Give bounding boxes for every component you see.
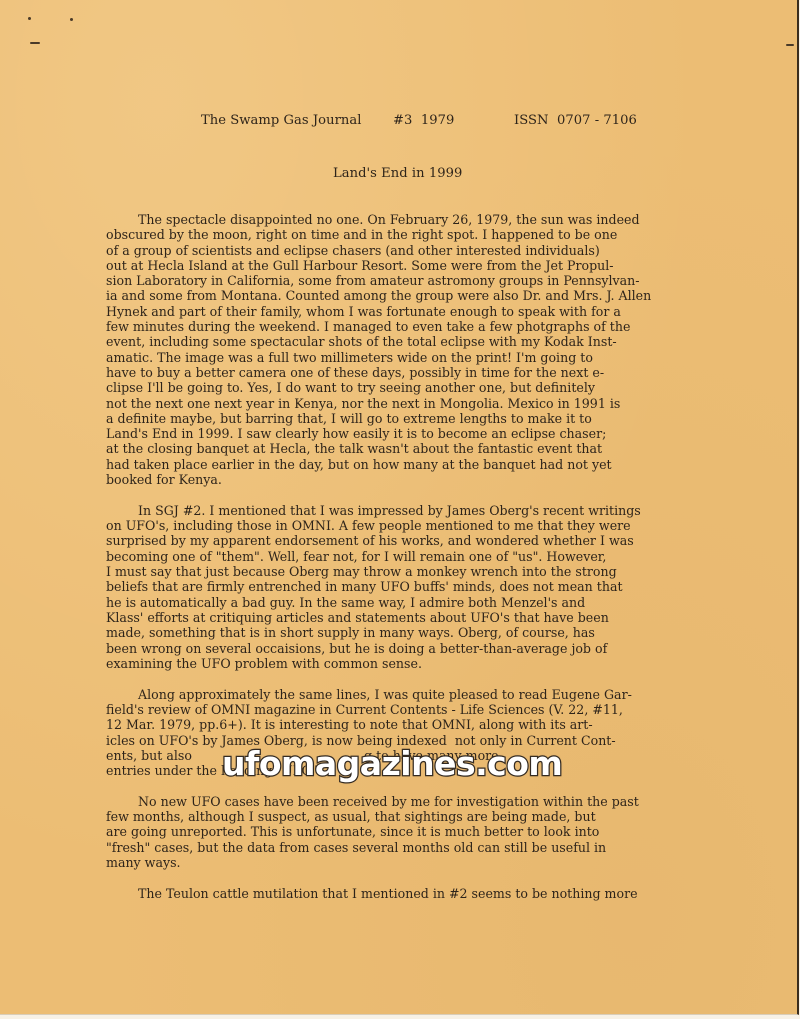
text-line: In SGJ #2. I mentioned that I was impres… bbox=[106, 503, 756, 518]
watermark: ufomagazines.com bbox=[222, 744, 562, 783]
text-line: on UFO's, including those in OMNI. A few… bbox=[106, 518, 756, 533]
text-line: had taken place earlier in the day, but … bbox=[106, 457, 756, 472]
text-line: Land's End in 1999. I saw clearly how ea… bbox=[106, 426, 756, 441]
paragraph: No new UFO cases have been received by m… bbox=[106, 794, 756, 870]
text-line: have to buy a better camera one of these… bbox=[106, 365, 756, 380]
text-line: made, something that is in short supply … bbox=[106, 625, 756, 640]
text-line: No new UFO cases have been received by m… bbox=[106, 794, 756, 809]
paragraph: The spectacle disappointed no one. On Fe… bbox=[106, 212, 756, 487]
text-line: booked for Kenya. bbox=[106, 472, 756, 487]
speck-mark bbox=[786, 44, 794, 46]
text-line: few minutes during the weekend. I manage… bbox=[106, 319, 756, 334]
text-line: few months, although I suspect, as usual… bbox=[106, 809, 756, 824]
text-line: I must say that just because Oberg may t… bbox=[106, 564, 756, 579]
issue-number: #3 1979 bbox=[393, 113, 454, 128]
text-line: surprised by my apparent endorsement of … bbox=[106, 533, 756, 548]
text-line: are going unreported. This is unfortunat… bbox=[106, 824, 756, 839]
issn-number: ISSN 0707 - 7106 bbox=[514, 113, 637, 128]
text-line: sion Laboratory in California, some from… bbox=[106, 273, 756, 288]
article-body: The spectacle disappointed no one. On Fe… bbox=[106, 212, 756, 917]
scanned-page: The Swamp Gas Journal #3 1979 ISSN 0707 … bbox=[0, 0, 799, 1015]
text-line: Hynek and part of their family, whom I w… bbox=[106, 304, 756, 319]
text-line: Along approximately the same lines, I wa… bbox=[106, 687, 756, 702]
text-line: clipse I'll be going to. Yes, I do want … bbox=[106, 380, 756, 395]
article-title: Land's End in 1999 bbox=[333, 166, 462, 181]
text-line: amatic. The image was a full two millime… bbox=[106, 350, 756, 365]
text-line: examining the UFO problem with common se… bbox=[106, 656, 756, 671]
text-line: not the next one next year in Kenya, nor… bbox=[106, 396, 756, 411]
text-line: ia and some from Montana. Counted among … bbox=[106, 288, 756, 303]
text-line: many ways. bbox=[106, 855, 756, 870]
text-line: been wrong on several occaisions, but he… bbox=[106, 641, 756, 656]
text-line: 12 Mar. 1979, pp.6+). It is interesting … bbox=[106, 717, 756, 732]
text-line: Klass' efforts at critiquing articles an… bbox=[106, 610, 756, 625]
text-line: out at Hecla Island at the Gull Harbour … bbox=[106, 258, 756, 273]
text-line: a definite maybe, but barring that, I wi… bbox=[106, 411, 756, 426]
speck-mark bbox=[28, 17, 31, 20]
text-line: he is automatically a bad guy. In the sa… bbox=[106, 595, 756, 610]
text-line: at the closing banquet at Hecla, the tal… bbox=[106, 441, 756, 456]
text-line: "fresh" cases, but the data from cases s… bbox=[106, 840, 756, 855]
text-line: The Teulon cattle mutilation that I ment… bbox=[106, 886, 756, 901]
text-line: obscured by the moon, right on time and … bbox=[106, 227, 756, 242]
text-line: of a group of scientists and eclipse cha… bbox=[106, 243, 756, 258]
journal-name: The Swamp Gas Journal bbox=[201, 113, 361, 128]
text-line: beliefs that are firmly entrenched in ma… bbox=[106, 579, 756, 594]
speck-mark bbox=[30, 42, 40, 44]
text-line: event, including some spectacular shots … bbox=[106, 334, 756, 349]
text-line: The spectacle disappointed no one. On Fe… bbox=[106, 212, 756, 227]
paragraph: In SGJ #2. I mentioned that I was impres… bbox=[106, 503, 756, 671]
text-line: becoming one of "them". Well, fear not, … bbox=[106, 549, 756, 564]
text-line: field's review of OMNI magazine in Curre… bbox=[106, 702, 756, 717]
speck-mark bbox=[70, 18, 73, 21]
paragraph: The Teulon cattle mutilation that I ment… bbox=[106, 886, 756, 901]
